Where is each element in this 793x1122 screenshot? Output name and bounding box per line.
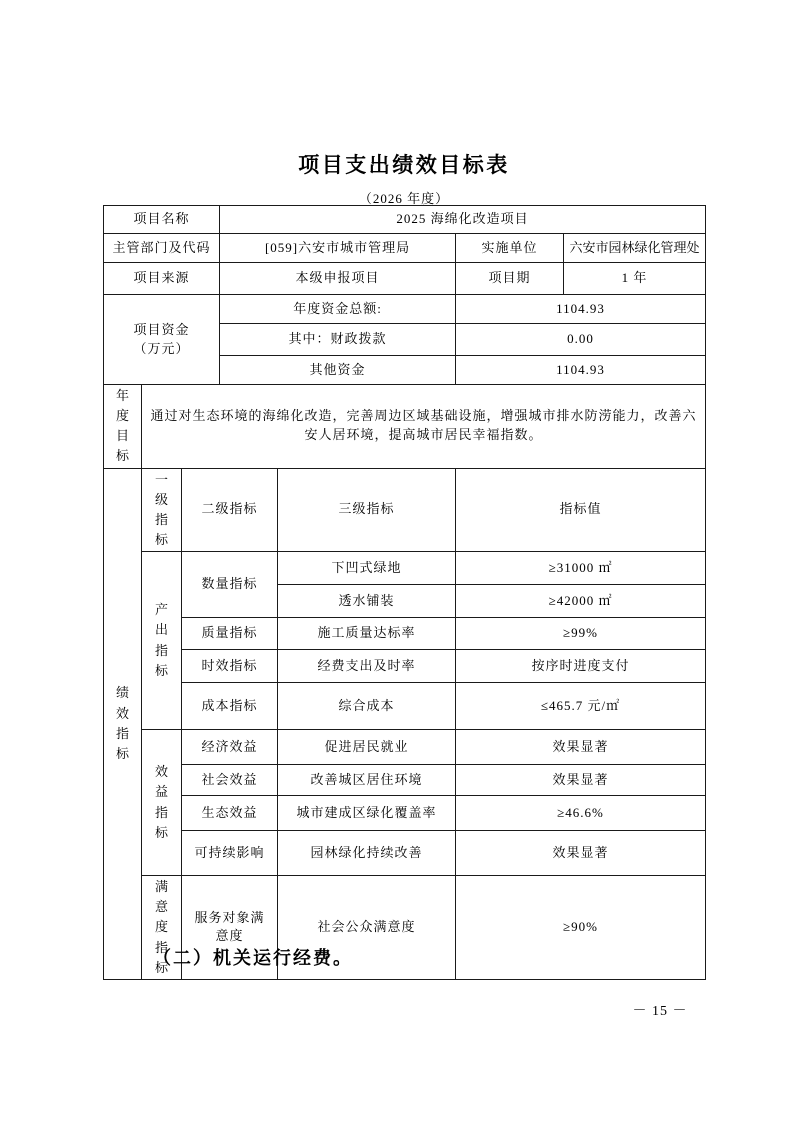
level1-benefit: 效益指标 [142, 730, 182, 876]
funds-total-label: 年度资金总额: [220, 295, 456, 324]
level3-cell: 下凹式绿地 [278, 552, 456, 585]
value-cell: ≥46.6% [456, 796, 706, 831]
funds-other-label: 其他资金 [220, 356, 456, 385]
table-row: 项目资金 （万元） 年度资金总额: 1104.93 [104, 295, 706, 324]
page-title: 项目支出绩效目标表 [103, 149, 705, 179]
value-cell: 效果显著 [456, 765, 706, 796]
header-level3: 三级指标 [278, 468, 456, 552]
level2-cell: 质量指标 [182, 618, 278, 650]
table-row: 质量指标 施工质量达标率 ≥99% [104, 618, 706, 650]
funds-label: 项目资金 （万元） [104, 295, 220, 385]
header-value: 指标值 [456, 468, 706, 552]
funds-fiscal-value: 0.00 [456, 324, 706, 356]
level2-cell: 时效指标 [182, 650, 278, 683]
level2-cell: 经济效益 [182, 730, 278, 765]
period-label: 项目期 [456, 263, 564, 295]
value-cell: 效果显著 [456, 730, 706, 765]
source-value: 本级申报项目 [220, 263, 456, 295]
performance-target-table: 项目名称 2025 海绵化改造项目 主管部门及代码 [059]六安市城市管理局 … [103, 205, 706, 980]
level2-cell: 数量指标 [182, 552, 278, 618]
table-row: 产出指标 数量指标 下凹式绿地 ≥31000 ㎡ [104, 552, 706, 585]
level1-output-text: 产出指标 [154, 600, 169, 681]
header-level1: 一级指标 [142, 468, 182, 552]
table-row: 年度目标 通过对生态环境的海绵化改造，完善周边区域基础设施，增强城市排水防涝能力… [104, 385, 706, 469]
project-name-value: 2025 海绵化改造项目 [220, 206, 706, 234]
level3-cell: 园林绿化持续改善 [278, 831, 456, 876]
value-cell: ≥99% [456, 618, 706, 650]
section-heading: （二）机关运行经费。 [153, 944, 353, 970]
annual-goal-label: 年度目标 [104, 385, 142, 469]
table-row: 社会效益 改善城区居住环境 效果显著 [104, 765, 706, 796]
value-cell: ≥42000 ㎡ [456, 585, 706, 618]
level2-cell: 成本指标 [182, 683, 278, 730]
value-cell: ≤465.7 元/㎡ [456, 683, 706, 730]
level3-cell: 改善城区居住环境 [278, 765, 456, 796]
level2-cell: 社会效益 [182, 765, 278, 796]
level2-cell: 生态效益 [182, 796, 278, 831]
indicators-label: 绩效指标 [104, 468, 142, 979]
funds-fiscal-label: 其中：财政拨款 [220, 324, 456, 356]
header-level1-text: 一级指标 [154, 470, 169, 551]
impl-unit-label: 实施单位 [456, 234, 564, 263]
level3-cell: 经费支出及时率 [278, 650, 456, 683]
table-row: 项目来源 本级申报项目 项目期 1 年 [104, 263, 706, 295]
value-cell: 效果显著 [456, 831, 706, 876]
table-row: 成本指标 综合成本 ≤465.7 元/㎡ [104, 683, 706, 730]
level3-cell: 施工质量达标率 [278, 618, 456, 650]
level3-cell: 促进居民就业 [278, 730, 456, 765]
value-cell: ≥90% [456, 876, 706, 980]
indicators-label-text: 绩效指标 [115, 683, 130, 764]
level1-benefit-text: 效益指标 [154, 762, 169, 843]
table-row: 主管部门及代码 [059]六安市城市管理局 实施单位 六安市园林绿化管理处 [104, 234, 706, 263]
annual-goal-text: 通过对生态环境的海绵化改造，完善周边区域基础设施，增强城市排水防涝能力，改善六安… [142, 385, 706, 469]
level3-cell: 综合成本 [278, 683, 456, 730]
value-cell: 按序时进度支付 [456, 650, 706, 683]
period-value: 1 年 [564, 263, 706, 295]
annual-goal-label-text: 年度目标 [115, 386, 130, 467]
table-row: 项目名称 2025 海绵化改造项目 [104, 206, 706, 234]
level3-cell: 城市建成区绿化覆盖率 [278, 796, 456, 831]
level2-cell: 可持续影响 [182, 831, 278, 876]
dept-label: 主管部门及代码 [104, 234, 220, 263]
project-name-label: 项目名称 [104, 206, 220, 234]
level3-cell: 透水铺装 [278, 585, 456, 618]
document-page: 项目支出绩效目标表 （2026 年度） 项目名称 2025 海绵化改造项目 主管… [0, 0, 793, 1122]
impl-unit-value: 六安市园林绿化管理处 [564, 234, 706, 263]
value-cell: ≥31000 ㎡ [456, 552, 706, 585]
table-row: 时效指标 经费支出及时率 按序时进度支付 [104, 650, 706, 683]
table-row: 生态效益 城市建成区绿化覆盖率 ≥46.6% [104, 796, 706, 831]
header-level2: 二级指标 [182, 468, 278, 552]
dept-value: [059]六安市城市管理局 [220, 234, 456, 263]
source-label: 项目来源 [104, 263, 220, 295]
funds-total-value: 1104.93 [456, 295, 706, 324]
page-number: － 15 － [610, 1000, 710, 1020]
table-row: 效益指标 经济效益 促进居民就业 效果显著 [104, 730, 706, 765]
table-row: 可持续影响 园林绿化持续改善 效果显著 [104, 831, 706, 876]
level1-output: 产出指标 [142, 552, 182, 730]
table-row: 绩效指标 一级指标 二级指标 三级指标 指标值 [104, 468, 706, 552]
funds-other-value: 1104.93 [456, 356, 706, 385]
